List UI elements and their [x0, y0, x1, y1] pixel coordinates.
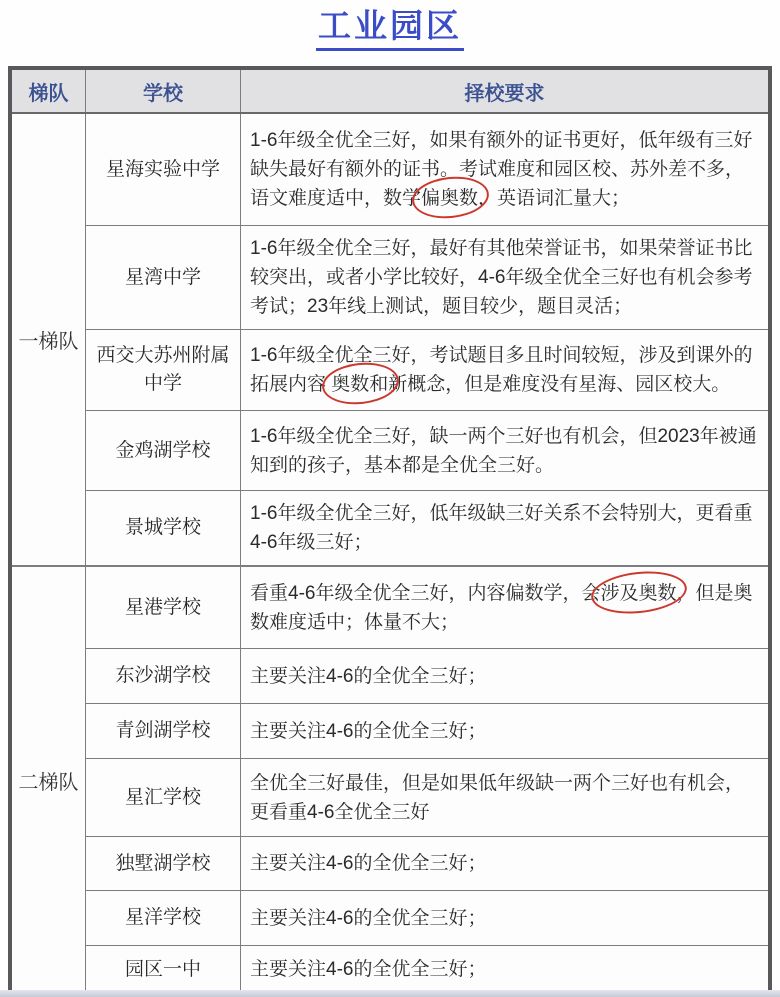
school-requirement: 全优全三好最佳，但是如果低年级缺一两个三好也有机会，更看重4-6全优全三好 — [241, 759, 768, 836]
school-name: 星汇学校 — [86, 759, 241, 836]
table-row: 园区一中主要关注4-6的全优全三好； — [86, 946, 768, 993]
requirement-text: 主要关注4-6的全优全三好； — [250, 849, 486, 878]
school-name: 星海实验中学 — [86, 114, 241, 225]
school-requirement: 主要关注4-6的全优全三好； — [241, 704, 768, 758]
school-name: 景城学校 — [86, 491, 241, 565]
school-requirement: 看重4-6年级全优全三好，内容偏数学，会涉及奥数，但是奥数难度适中；体量不大； — [241, 567, 768, 648]
requirement-segment: 1-6年级全优全三好，最好有其他荣誉证书，如果荣誉证书比较突出，或者小学比较好，… — [250, 238, 752, 317]
table-row: 独墅湖学校主要关注4-6的全优全三好； — [86, 837, 768, 891]
table-row: 东沙湖学校主要关注4-6的全优全三好； — [86, 649, 768, 704]
requirement-text: 1-6年级全优全三好，考试题目多且时间较短，涉及到课外的拓展内容 奥数和新概念，… — [250, 341, 758, 399]
table-header-row: 梯队 学校 择校要求 — [12, 70, 768, 114]
school-name: 西交大苏州附属中学 — [86, 330, 241, 410]
requirement-text: 1-6年级全优全三好，如果有额外的证书更好，低年级有三好缺失最好有额外的证书。考… — [250, 126, 758, 213]
table-row: 星海实验中学1-6年级全优全三好，如果有额外的证书更好，低年级有三好缺失最好有额… — [86, 114, 768, 226]
page: 工业园区 梯队 学校 择校要求 一梯队星海实验中学1-6年级全优全三好，如果有额… — [0, 0, 780, 997]
requirement-segment: 主要关注4-6的全优全三好； — [250, 959, 486, 980]
requirement-text: 主要关注4-6的全优全三好； — [250, 904, 486, 933]
bottom-strip — [0, 990, 780, 997]
requirement-text: 看重4-6年级全优全三好，内容偏数学，会涉及奥数，但是奥数难度适中；体量不大； — [250, 579, 758, 637]
school-requirement: 1-6年级全优全三好，低年级缺三好关系不会特别大，更看重4-6年级三好； — [241, 491, 768, 565]
school-requirement: 1-6年级全优全三好，缺一两个三好也有机会，但2023年被通知到的孩子，基本都是… — [241, 411, 768, 490]
requirement-text: 主要关注4-6的全优全三好； — [250, 662, 486, 691]
header-requirement: 择校要求 — [241, 70, 768, 112]
school-name: 星洋学校 — [86, 891, 241, 945]
table-row: 星洋学校主要关注4-6的全优全三好； — [86, 891, 768, 946]
school-requirement: 1-6年级全优全三好，最好有其他荣誉证书，如果荣誉证书比较突出，或者小学比较好，… — [241, 226, 768, 329]
table-row: 星港学校看重4-6年级全优全三好，内容偏数学，会涉及奥数，但是奥数难度适中；体量… — [86, 567, 768, 649]
requirement-text: 1-6年级全优全三好，最好有其他荣誉证书，如果荣誉证书比较突出，或者小学比较好，… — [250, 234, 758, 321]
requirement-text: 全优全三好最佳，但是如果低年级缺一两个三好也有机会，更看重4-6全优全三好 — [250, 769, 758, 827]
school-name: 独墅湖学校 — [86, 837, 241, 890]
requirement-text: 主要关注4-6的全优全三好； — [250, 955, 486, 984]
school-name: 东沙湖学校 — [86, 649, 241, 703]
table-row: 金鸡湖学校1-6年级全优全三好，缺一两个三好也有机会，但2023年被通知到的孩子… — [86, 411, 768, 491]
tier-label: 一梯队 — [12, 114, 86, 565]
school-name: 星湾中学 — [86, 226, 241, 329]
school-name: 园区一中 — [86, 946, 241, 993]
tier-rows: 星海实验中学1-6年级全优全三好，如果有额外的证书更好，低年级有三好缺失最好有额… — [86, 114, 768, 565]
table-row: 西交大苏州附属中学1-6年级全优全三好，考试题目多且时间较短，涉及到课外的拓展内… — [86, 330, 768, 411]
school-table: 梯队 学校 择校要求 一梯队星海实验中学1-6年级全优全三好，如果有额外的证书更… — [8, 66, 772, 997]
school-name: 金鸡湖学校 — [86, 411, 241, 490]
school-requirement: 1-6年级全优全三好，如果有额外的证书更好，低年级有三好缺失最好有额外的证书。考… — [241, 114, 768, 225]
page-title: 工业园区 — [316, 6, 464, 51]
school-requirement: 1-6年级全优全三好，考试题目多且时间较短，涉及到课外的拓展内容 奥数和新概念，… — [241, 330, 768, 410]
requirement-segment: 看重4-6年级全优全三好，内容偏数学，会 — [250, 583, 600, 604]
school-requirement: 主要关注4-6的全优全三好； — [241, 649, 768, 703]
header-school: 学校 — [86, 70, 241, 112]
requirement-text: 1-6年级全优全三好，缺一两个三好也有机会，但2023年被通知到的孩子，基本都是… — [250, 422, 758, 480]
table-row: 景城学校1-6年级全优全三好，低年级缺三好关系不会特别大，更看重4-6年级三好； — [86, 491, 768, 565]
requirement-text: 1-6年级全优全三好，低年级缺三好关系不会特别大，更看重4-6年级三好； — [250, 499, 758, 557]
requirement-segment: 主要关注4-6的全优全三好； — [250, 721, 486, 742]
red-circle-annotation: 涉及奥数 — [600, 583, 676, 604]
red-circle-annotation: 偏奥数 — [421, 188, 478, 209]
requirement-segment: 主要关注4-6的全优全三好； — [250, 853, 486, 874]
table-row: 星湾中学1-6年级全优全三好，最好有其他荣誉证书，如果荣誉证书比较突出，或者小学… — [86, 226, 768, 330]
school-requirement: 主要关注4-6的全优全三好； — [241, 837, 768, 890]
requirement-segment: 主要关注4-6的全优全三好； — [250, 666, 486, 687]
header-tier: 梯队 — [12, 70, 86, 112]
school-requirement: 主要关注4-6的全优全三好； — [241, 946, 768, 993]
requirement-segment: 新概念，但是难度没有星海、园区校大。 — [388, 374, 730, 395]
red-circle-annotation: 奥数和 — [331, 374, 388, 395]
title-wrap: 工业园区 — [0, 0, 780, 51]
requirement-segment: 1-6年级全优全三好，低年级缺三好关系不会特别大，更看重4-6年级三好； — [250, 503, 752, 553]
requirement-text: 主要关注4-6的全优全三好； — [250, 717, 486, 746]
tier-label: 二梯队 — [12, 567, 86, 993]
school-name: 星港学校 — [86, 567, 241, 648]
table-row: 星汇学校全优全三好最佳，但是如果低年级缺一两个三好也有机会，更看重4-6全优全三… — [86, 759, 768, 837]
tier-rows: 星港学校看重4-6年级全优全三好，内容偏数学，会涉及奥数，但是奥数难度适中；体量… — [86, 567, 768, 993]
table-row: 青剑湖学校主要关注4-6的全优全三好； — [86, 704, 768, 759]
table-body: 一梯队星海实验中学1-6年级全优全三好，如果有额外的证书更好，低年级有三好缺失最… — [12, 114, 768, 993]
tier-block: 一梯队星海实验中学1-6年级全优全三好，如果有额外的证书更好，低年级有三好缺失最… — [12, 114, 768, 565]
requirement-segment: ，英语词汇量大； — [478, 188, 630, 209]
requirement-segment: 1-6年级全优全三好，缺一两个三好也有机会，但2023年被通知到的孩子，基本都是… — [250, 426, 757, 476]
tier-block: 二梯队星港学校看重4-6年级全优全三好，内容偏数学，会涉及奥数，但是奥数难度适中… — [12, 565, 768, 993]
requirement-segment: 全优全三好最佳，但是如果低年级缺一两个三好也有机会，更看重4-6全优全三好 — [250, 773, 744, 823]
school-requirement: 主要关注4-6的全优全三好； — [241, 891, 768, 945]
school-name: 青剑湖学校 — [86, 704, 241, 758]
requirement-segment: 主要关注4-6的全优全三好； — [250, 908, 486, 929]
